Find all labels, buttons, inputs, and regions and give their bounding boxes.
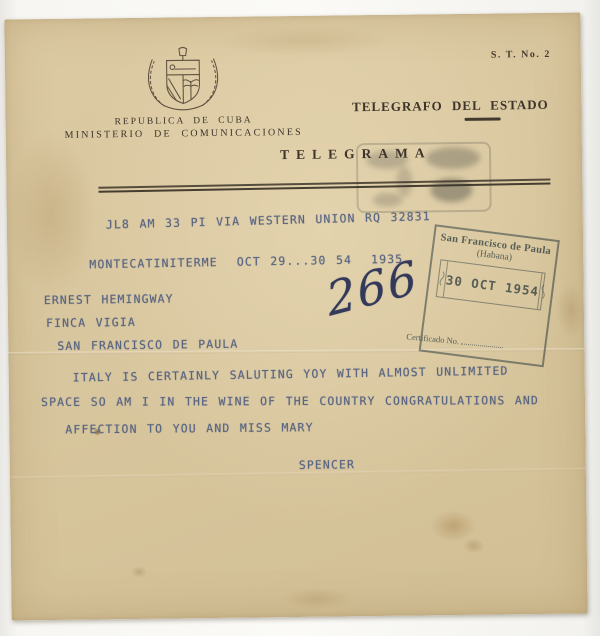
recipient-name: ERNEST HEMINGWAY bbox=[44, 291, 174, 307]
form-number: S. T. No. 2 bbox=[491, 49, 551, 61]
ink-smudge bbox=[372, 193, 402, 207]
routing-line: JL8 AM 33 PI VIA WESTERN UNION RQ 32831 bbox=[106, 209, 431, 232]
stain bbox=[214, 25, 394, 57]
stamp-certificado-label: Certificado No. bbox=[406, 331, 460, 346]
stain bbox=[131, 566, 147, 578]
stamp-date: 30 OCT 1954 bbox=[444, 261, 542, 309]
stain bbox=[281, 587, 351, 610]
service-name: TELEGRAFO DEL ESTADO bbox=[335, 97, 565, 116]
recipient-address-2: SAN FRANCISCO DE PAULA bbox=[57, 337, 238, 353]
cuba-coat-of-arms-icon bbox=[135, 45, 232, 124]
recipient-address-1: FINCA VIGIA bbox=[46, 315, 136, 330]
message-line: AFFECTION TO YOU AND MISS MARY bbox=[65, 420, 313, 436]
stain bbox=[6, 128, 98, 299]
dotted-line bbox=[461, 343, 503, 348]
stain bbox=[556, 282, 587, 338]
stamp-certificado: Certificado No. bbox=[406, 331, 504, 350]
stamp-date-box: 30 OCT 1954 bbox=[436, 259, 546, 310]
receipt-stamp: San Francisco de Paula (Habana) 30 OCT 1… bbox=[419, 224, 560, 367]
telegram-paper: S. T. No. 2 REPUBLICA DE CUBA MINISTERIO… bbox=[4, 13, 587, 621]
document-title: TELEGRAMA bbox=[280, 145, 432, 163]
signature: SPENCER bbox=[299, 457, 355, 472]
republic-line: REPUBLICA DE CUBA bbox=[74, 115, 294, 128]
stain bbox=[430, 510, 476, 543]
message-line: ITALY IS CERTAINLY SALUTING YOY WITH ALM… bbox=[73, 364, 509, 385]
message-line: SPACE SO AM I IN THE WINE OF THE COUNTRY… bbox=[41, 393, 539, 409]
ink-smudge bbox=[426, 147, 480, 170]
ministry-line: MINISTERIO DE COMUNICACIONES bbox=[54, 127, 314, 141]
service-underline bbox=[465, 117, 501, 120]
stain bbox=[463, 538, 485, 554]
